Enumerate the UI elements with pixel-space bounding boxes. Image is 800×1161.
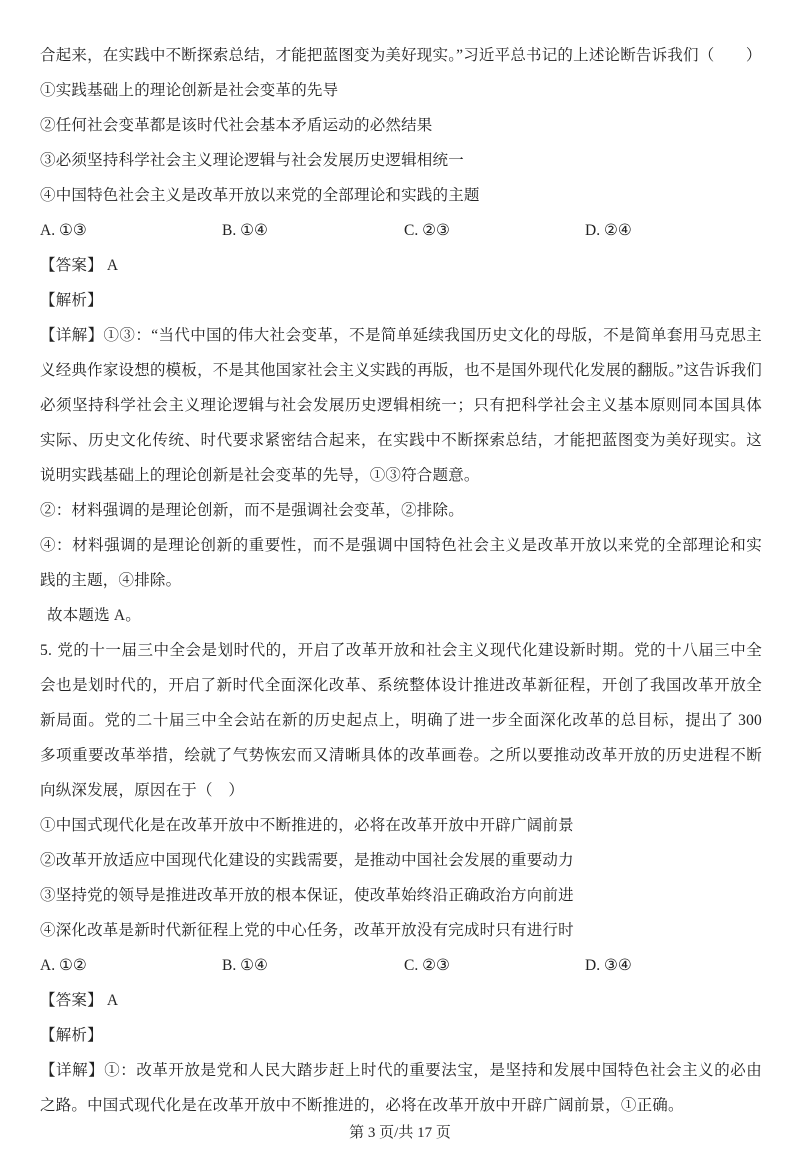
question4-statement-2: ②任何社会变革都是该时代社会基本矛盾运动的必然结果 bbox=[40, 108, 762, 143]
detail-tag: 【详解】 bbox=[40, 327, 104, 344]
question4-statement-1: ①实践基础上的理论创新是社会变革的先导 bbox=[40, 73, 762, 108]
question5-answer-line: 【答案】A bbox=[40, 983, 762, 1018]
question5-analysis-line: 【解析】 bbox=[40, 1018, 762, 1053]
question5-number: 5. bbox=[40, 642, 52, 659]
question4-options-row: A. ①③ B. ①④ C. ②③ D. ②④ bbox=[40, 213, 762, 248]
question-5-block: 5.党的十一届三中全会是划时代的，开启了改革开放和社会主义现代化建设新时期。党的… bbox=[40, 633, 762, 1123]
question5-option-a: A. ①② bbox=[40, 948, 222, 983]
question4-option-d: D. ②④ bbox=[585, 213, 762, 248]
page-footer: 第 3 页/共 17 页 bbox=[0, 1123, 800, 1143]
detail-text: ①：改革开放是党和人民大踏步赶上时代的重要法宝，是坚持和发展中国特色社会主义的必… bbox=[40, 1062, 762, 1114]
question4-answer-line: 【答案】A bbox=[40, 248, 762, 283]
answer-value: A bbox=[107, 992, 118, 1009]
question4-stem-continuation: 合起来，在实践中不断探索总结，才能把蓝图变为美好现实。”习近平总书记的上述论断告… bbox=[40, 38, 762, 73]
question5-statement-1: ①中国式现代化是在改革开放中不断推进的，必将在改革开放中开辟广阔前景 bbox=[40, 808, 762, 843]
question5-stem: 5.党的十一届三中全会是划时代的，开启了改革开放和社会主义现代化建设新时期。党的… bbox=[40, 633, 762, 808]
question4-statement-3: ③必须坚持科学社会主义理论逻辑与社会发展历史逻辑相统一 bbox=[40, 143, 762, 178]
question5-options-row: A. ①② B. ①④ C. ②③ D. ③④ bbox=[40, 948, 762, 983]
question4-analysis-line: 【解析】 bbox=[40, 283, 762, 318]
question4-detail-paragraph-1: 【详解】①③：“当代中国的伟大社会变革，不是简单延续我国历史文化的母版，不是简单… bbox=[40, 318, 762, 493]
answer-tag: 【答案】 bbox=[40, 992, 103, 1009]
question4-option-a: A. ①③ bbox=[40, 213, 222, 248]
question4-detail-paragraph-3: ④：材料强调的是理论创新的重要性，而不是强调中国特色社会主义是改革开放以来党的全… bbox=[40, 528, 762, 598]
detail-text: ①③：“当代中国的伟大社会变革，不是简单延续我国历史文化的母版，不是简单套用马克… bbox=[40, 327, 762, 484]
document-page: 合起来，在实践中不断探索总结，才能把蓝图变为美好现实。”习近平总书记的上述论断告… bbox=[0, 0, 800, 1161]
question5-option-b: B. ①④ bbox=[222, 948, 404, 983]
analysis-tag: 【解析】 bbox=[40, 292, 103, 309]
question-4-block: 合起来，在实践中不断探索总结，才能把蓝图变为美好现实。”习近平总书记的上述论断告… bbox=[40, 38, 762, 633]
question4-conclusion: 故本题选 A。 bbox=[40, 598, 762, 633]
question4-option-b: B. ①④ bbox=[222, 213, 404, 248]
question5-statement-2: ②改革开放适应中国现代化建设的实践需要，是推动中国社会发展的重要动力 bbox=[40, 843, 762, 878]
detail-tag: 【详解】 bbox=[40, 1062, 104, 1079]
answer-tag: 【答案】 bbox=[40, 257, 103, 274]
question4-statement-4: ④中国特色社会主义是改革开放以来党的全部理论和实践的主题 bbox=[40, 178, 762, 213]
question4-detail-paragraph-2: ②：材料强调的是理论创新，而不是强调社会变革，②排除。 bbox=[40, 493, 762, 528]
question5-statement-4: ④深化改革是新时代新征程上党的中心任务，改革开放没有完成时只有进行时 bbox=[40, 913, 762, 948]
question5-detail-paragraph-1: 【详解】①：改革开放是党和人民大踏步赶上时代的重要法宝，是坚持和发展中国特色社会… bbox=[40, 1053, 762, 1123]
question5-option-c: C. ②③ bbox=[404, 948, 585, 983]
question5-statement-3: ③坚持党的领导是推进改革开放的根本保证，使改革始终沿正确政治方向前进 bbox=[40, 878, 762, 913]
question5-option-d: D. ③④ bbox=[585, 948, 762, 983]
question5-stem-text: 党的十一届三中全会是划时代的，开启了改革开放和社会主义现代化建设新时期。党的十八… bbox=[40, 642, 762, 799]
question4-option-c: C. ②③ bbox=[404, 213, 585, 248]
answer-value: A bbox=[107, 257, 118, 274]
analysis-tag: 【解析】 bbox=[40, 1027, 103, 1044]
